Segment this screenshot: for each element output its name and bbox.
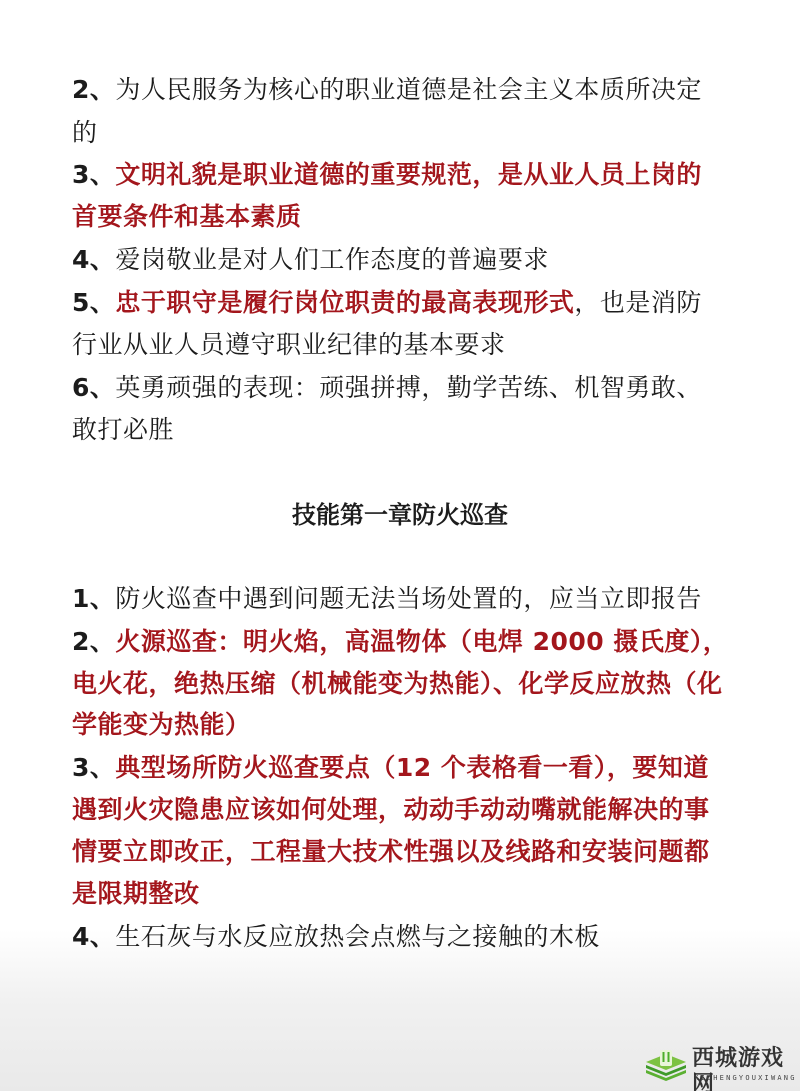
item-text: 敢打必胜: [72, 415, 174, 444]
item-text: 的: [72, 118, 98, 147]
section-heading: 技能第一章防火巡查: [0, 500, 800, 530]
s2-item-4-line-1: 4、生石灰与水反应放热会点燃与之接触的木板: [72, 922, 742, 952]
item-text: 防火巡查中遇到问题无法当场处置的，应当立即报告: [115, 584, 702, 613]
item-text: 生石灰与水反应放热会点燃与之接触的木板: [115, 922, 600, 951]
item-3-line-2: 首要条件和基本素质: [72, 202, 742, 232]
item-2-line-2: 的: [72, 118, 742, 148]
item-text-highlight: 忠于职守是履行岗位职责的最高表现形式: [115, 288, 574, 317]
item-5-line-2: 行业从业人员遵守职业纪律的基本要求: [72, 330, 742, 360]
item-text: 爱岗敬业是对人们工作态度的普遍要求: [115, 245, 549, 274]
item-number: 4、: [72, 245, 115, 274]
item-3-line-1: 3、文明礼貌是职业道德的重要规范，是从业人员上岗的: [72, 160, 742, 190]
item-text: 为人民服务为核心的职业道德是社会主义本质所决定: [115, 75, 702, 104]
layered-box-logo-icon: [644, 1048, 688, 1082]
s2-item-2-line-3: 学能变为热能）: [72, 710, 742, 740]
s2-item-3-line-2: 遇到火灾隐患应该如何处理，动动手动动嘴就能解决的事: [72, 795, 742, 825]
item-5-line-1: 5、忠于职守是履行岗位职责的最高表现形式，也是消防: [72, 288, 742, 318]
item-6-line-1: 6、英勇顽强的表现：顽强拼搏，勤学苦练、机智勇敢、: [72, 373, 742, 403]
item-4-line-1: 4、爱岗敬业是对人们工作态度的普遍要求: [72, 245, 742, 275]
item-text: 行业从业人员遵守职业纪律的基本要求: [72, 330, 506, 359]
item-number: 3、: [72, 160, 115, 189]
item-6-line-2: 敢打必胜: [72, 415, 742, 445]
s2-item-2-line-2: 电火花，绝热压缩（机械能变为热能）、化学反应放热（化: [72, 669, 742, 699]
s2-item-2-line-1: 2、火源巡查：明火焰，高温物体（电焊 2000 摄氏度），: [72, 627, 742, 657]
watermark-name-cn: 西城游戏网: [692, 1046, 794, 1091]
s2-item-1-line-1: 1、防火巡查中遇到问题无法当场处置的，应当立即报告: [72, 584, 742, 614]
item-number: 3、: [72, 753, 115, 782]
s2-item-3-line-4: 是限期整改: [72, 879, 742, 909]
item-text-highlight: 是限期整改: [72, 879, 200, 908]
item-number: 2、: [72, 627, 115, 656]
watermark-name-en: XICHENGYOUXIWANG: [694, 1074, 797, 1082]
item-number: 5、: [72, 288, 115, 317]
item-text-highlight: 情要立即改正，工程量大技术性强以及线路和安装问题都: [72, 837, 710, 866]
item-number: 6、: [72, 373, 115, 402]
item-text-highlight: 文明礼貌是职业道德的重要规范，是从业人员上岗的: [115, 160, 702, 189]
item-text: 英勇顽强的表现：顽强拼搏，勤学苦练、机智勇敢、: [115, 373, 702, 402]
item-number: 2、: [72, 75, 115, 104]
item-text-highlight: 遇到火灾隐患应该如何处理，动动手动动嘴就能解决的事: [72, 795, 710, 824]
item-text-highlight: 火源巡查：明火焰，高温物体（电焊 2000 摄氏度），: [115, 627, 728, 656]
item-text-highlight: 典型场所防火巡查要点（12 个表格看一看），要知道: [115, 753, 709, 782]
item-text-highlight: 学能变为热能）: [72, 710, 251, 739]
s2-item-3-line-3: 情要立即改正，工程量大技术性强以及线路和安装问题都: [72, 837, 742, 867]
item-number: 1、: [72, 584, 115, 613]
item-2-line-1: 2、为人民服务为核心的职业道德是社会主义本质所决定: [72, 75, 742, 105]
item-text-highlight: 首要条件和基本素质: [72, 202, 302, 231]
watermark-logo: 西城游戏网 XICHENGYOUXIWANG: [644, 1046, 794, 1086]
s2-item-3-line-1: 3、典型场所防火巡查要点（12 个表格看一看），要知道: [72, 753, 742, 783]
item-text: ，也是消防: [574, 288, 702, 317]
item-text-highlight: 电火花，绝热压缩（机械能变为热能）、化学反应放热（化: [72, 669, 723, 698]
item-number: 4、: [72, 922, 115, 951]
